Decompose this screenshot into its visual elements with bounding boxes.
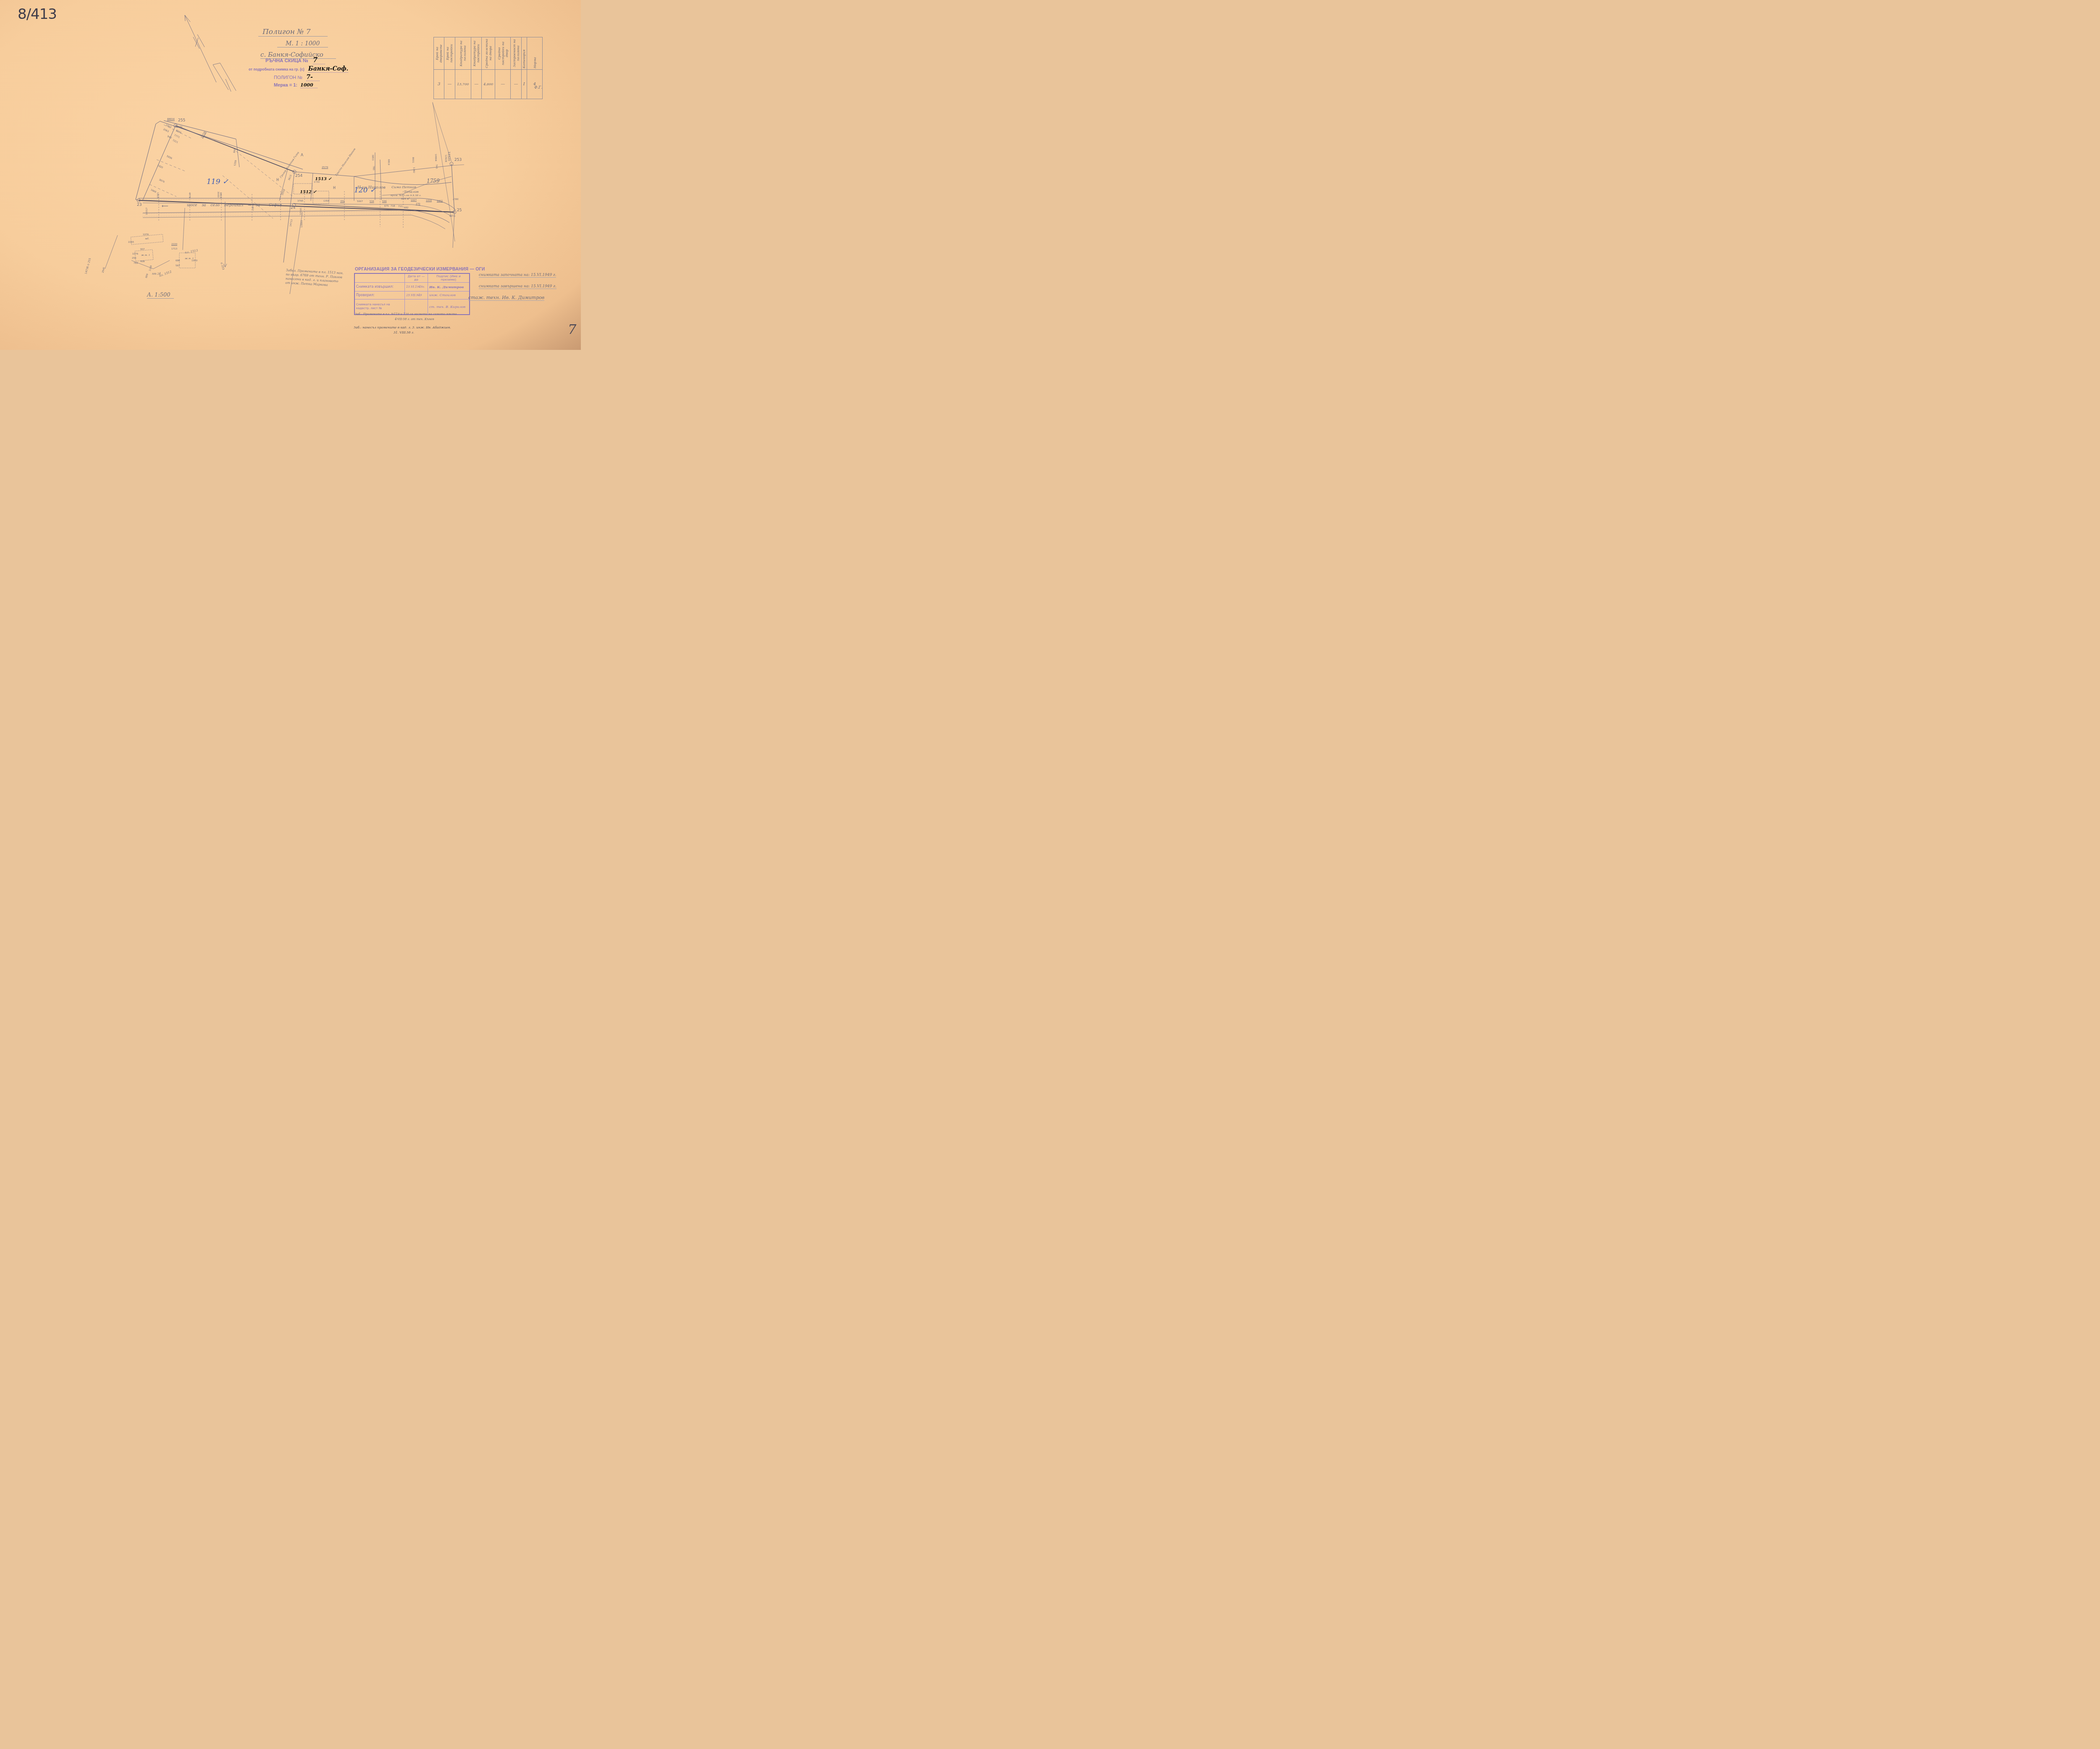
measurement: 359 [340,200,345,203]
measurement: 1816 [156,192,159,198]
ogi-stamp-title: ОРГАНИЗАЦИЯ ЗА ГЕОДЕЗИЧЕСКИ ИЗМЕРВАНИЯ —… [355,267,485,272]
bottom-note-line: 31. VIII.58 г. [354,330,451,335]
measurement: 711 [398,205,403,208]
road-arrow-left-icon: ⟵ [162,203,168,209]
measurement: 3030 [217,192,219,197]
inset-measure: 1713 [171,248,177,250]
letter-a: А [301,153,303,158]
measurement: 8631 [412,157,414,163]
measurement: 541 [435,165,438,169]
road-word: София [269,203,282,207]
station-25-label: 25 [457,208,462,213]
measurement: 16317 [146,207,148,215]
inset-scale: А. 1:500 [147,292,174,299]
inset-bldg2-width-bottom: 908 [140,260,145,263]
survey-finished: снимката завършена на: 15.VI.1949 г. [479,284,556,289]
inset-bldg2-label: ж.м. 1 [141,254,150,257]
measurement: 3853 [371,155,374,160]
corner-number: 7 [568,321,576,337]
measurement: 783 [372,166,375,171]
ogi-col-date: Дата от — до [405,273,428,283]
inset-measure: 1076 [132,253,138,255]
measurement: 12928 [444,155,447,162]
road-word: за [256,203,260,207]
measurement: 10664 [434,154,437,161]
road-word: за [202,203,206,207]
owner-1759-area: 934 м² [401,197,410,200]
measurement: 11407 [251,203,254,211]
bottom-note-2: Заб.: нанесъл промените в кад. л. 3. инж… [354,325,451,335]
road-arrow-icon: → [248,203,251,207]
measurement: 5120 [449,214,455,217]
parcel-1759-label: 1759 [427,178,440,184]
owner-1759-name: Симо Петков [391,185,416,189]
inset-station: пт 24 [152,272,161,276]
inset-bldg1-width: 1076 [143,234,149,236]
measurement: 3795 [297,200,303,202]
bottom-note-line: Заб.: Промените в пл. №119 и 120 са засн… [355,312,457,317]
road-label: шосе за село Вердикал → за София [187,203,282,207]
ogi-stamp-table: Дата от — до Подпис (Име и презиме) Сним… [354,273,470,315]
measurement: 8419 [219,192,222,198]
measurement: 4779 [188,192,191,198]
road-word: Вердикал [224,203,244,207]
owner-1759-note: пром. №33 от 9.X.58 г. [391,194,421,197]
measurement: 534 [370,200,374,203]
ogi-header-row: Дата от — до Подпис (Име и презиме) [354,273,470,283]
station-255-label: 255 [178,118,185,123]
inset-bldg2-width: 907 [140,248,145,251]
station-23-label: 23 [137,203,142,207]
inset-measure: 1950 [192,260,197,262]
measurement: 1002 [437,200,443,202]
measurement: 1027 [411,199,417,202]
parcel-1512-label: 1512 ✓ [300,190,317,194]
ogi-row-label: Снимката извършил: [354,283,405,291]
parcel-119-label: 119 ✓ [207,178,228,186]
bottom-note-1: Заб.: Промените в пл. №119 и 120 са засн… [355,312,457,322]
bottom-note-line: Заб.: нанесъл промените в кад. л. 3. инж… [354,325,451,330]
north-arrow-icon [185,15,236,92]
measurement: 599 [382,200,387,203]
letter-h2: Н [333,186,336,190]
measurement: 1382 [412,167,415,173]
inset-measure: 2220 [171,243,177,246]
station-253-label: 253 [454,158,462,162]
measurement: 3817 [453,197,459,200]
measurement: 13993 [301,220,303,228]
measurement: 8570 [176,126,182,129]
road-word: шосе [187,203,197,207]
ogi-col-sign: Подпис (Име и презиме) [428,273,470,283]
ogi-row-date: 15.VI.1949г. [405,283,428,291]
ogi-row-checked: Проверил: 25.VII.949 инж. Стоилов [354,291,470,299]
measurement: 5007 [357,200,363,203]
road-word: село [210,203,220,207]
measurement: 718 [391,205,395,207]
owner-1759-surname: Топалов [404,190,419,194]
note-1513: Забел. Промените в пл. 1513 нан. по възр… [285,268,344,288]
measurement: 2579 [322,166,328,169]
survey-sheet: 8/413 Полигон № 7 М. 1 : 1000 с. Банкя-С… [0,0,581,350]
bottom-note-line: 4-VII-58 г. от тех. Кънев [355,317,457,322]
measurement: 675 [384,205,389,207]
owner-120: Н-ци Николов [357,186,386,190]
measurement: 1730 [314,181,320,184]
ogi-row-label: Проверил: [354,291,405,299]
letter-h1: Н [276,178,279,182]
measurement: 682 [404,207,409,209]
ogi-row-signature: инж. Стоилов [428,291,470,299]
ogi-row-date: 25.VII.949 [405,291,428,299]
inset-bldg1-label: мб. [145,237,150,240]
surveyor-name: стаж. техн. Ив. К. Димитров [468,295,544,301]
measurement: 1358 [323,200,329,202]
ogi-row-surveyed: Снимката извършил: 15.VI.1949г. Ив. К. Д… [354,283,470,291]
measurement: 1016 [426,200,432,202]
station-255-coord: 8604 [167,118,175,121]
ogi-row-signature: Ив. К. Димитров [428,283,470,291]
inset-measure: 567 [176,265,180,267]
measurement: 6819 [387,159,390,165]
station-24-label: 24 [291,206,295,210]
inset-measure: 250 [132,257,136,260]
measurement: 16321 [299,207,302,215]
station-253-coord: 13320 [447,152,451,161]
survey-started: снимката започната на: 15.VI.1949 г. [479,273,556,278]
inset-drawing [105,208,195,269]
measurement: 270 [416,203,420,205]
inset-measure: 2265 [128,241,134,244]
inset-measure: 783 [134,262,138,265]
inset-measure: 686 [176,260,180,262]
station-254-label: 254 [295,174,302,178]
